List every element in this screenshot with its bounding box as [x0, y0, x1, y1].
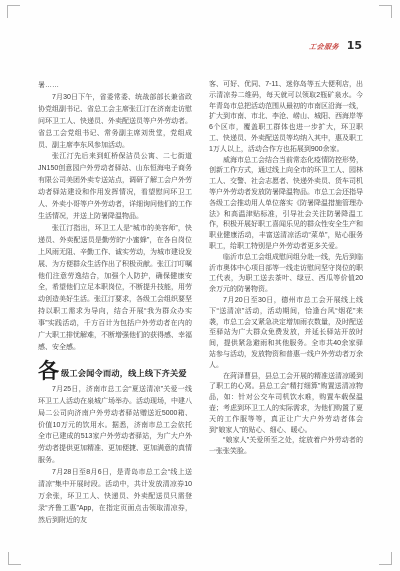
heading-drop-cap: 各 [38, 362, 59, 381]
crop-mark-bottom-left [8, 552, 21, 565]
paragraph: 威海市总工会结合当前常态化疫情防控形势，创新工作方式，通过线上向全市的环卫工人、… [209, 156, 363, 253]
paragraph: 在菏泽曹县，县总工会开展的精准送清凉暖到了职工的心窝。县总工会“精打细算”购置送… [209, 372, 363, 437]
right-column: 客、可好、优同、7-11、迷你岛等五大便利店，出示清凉券二维码，每天就可以领取2… [209, 80, 363, 527]
continuation-line: 暑…… [38, 80, 192, 92]
section-label: 工会服务 [308, 42, 339, 52]
paragraph: 临沂市总工会组成慰问组分赴一线，先后到临沂市奥体中心项目部等一线走访慰问坚守岗位… [209, 253, 363, 296]
heading-text: 级工会闻令而动，线上线下齐关爱 [61, 370, 187, 381]
paragraph: 张江汀先后来到虹桥保洁员公寓、二七街道JN150创意园户外劳动者驿站、山东恒海电… [38, 151, 192, 222]
paragraph: “娘家人”关爱所至之处，绽放着户外劳动者的一张张笑脸。 [209, 436, 363, 458]
crop-mark-bottom-right [379, 552, 392, 565]
paragraph: 7月28日至8月6日，是青岛市总工会“线上送清凉”集中开展时段。活动中，共计发放… [38, 467, 192, 527]
continuation-paragraph: 客、可好、优同、7-11、迷你岛等五大便利店，出示清凉券二维码，每天就可以领取2… [209, 80, 363, 156]
paragraph: 7月25日，济南市总工会“夏送清凉”关爱一线环卫工人活动在泉城广场举办。活动现场… [38, 384, 192, 467]
paragraph: 张江汀指出，环卫工人是“城市的美容师”，快递员、外卖配送员是勤劳的“小蜜蜂”，在… [38, 223, 192, 354]
page-header: 工会服务 15 [309, 39, 362, 52]
crop-mark-top-left [7, 5, 20, 18]
left-column: 暑…… 7月30日下午，省委常委、统战部部长兼省政协党组副书记、省总工会主席张江… [38, 80, 192, 527]
crop-mark-top-right [379, 5, 392, 18]
magazine-page: 工会服务 15 暑…… 7月30日下午，省委常委、统战部部长兼省政协党组副书记、… [0, 0, 400, 571]
page-number: 15 [347, 39, 362, 52]
section-heading: 各 级工会闻令而动，线上线下齐关爱 [38, 362, 192, 381]
article-body: 暑…… 7月30日下午，省委常委、统战部部长兼省政协党组副书记、省总工会主席张江… [38, 80, 363, 527]
paragraph: 7月20日至30日，德州市总工会开展线上线下“送清凉”活动，活动期间，恰逢台风“… [209, 296, 363, 372]
paragraph: 7月30日下午，省委常委、统战部部长兼省政协党组副书记、省总工会主席张江汀在济南… [38, 92, 192, 152]
